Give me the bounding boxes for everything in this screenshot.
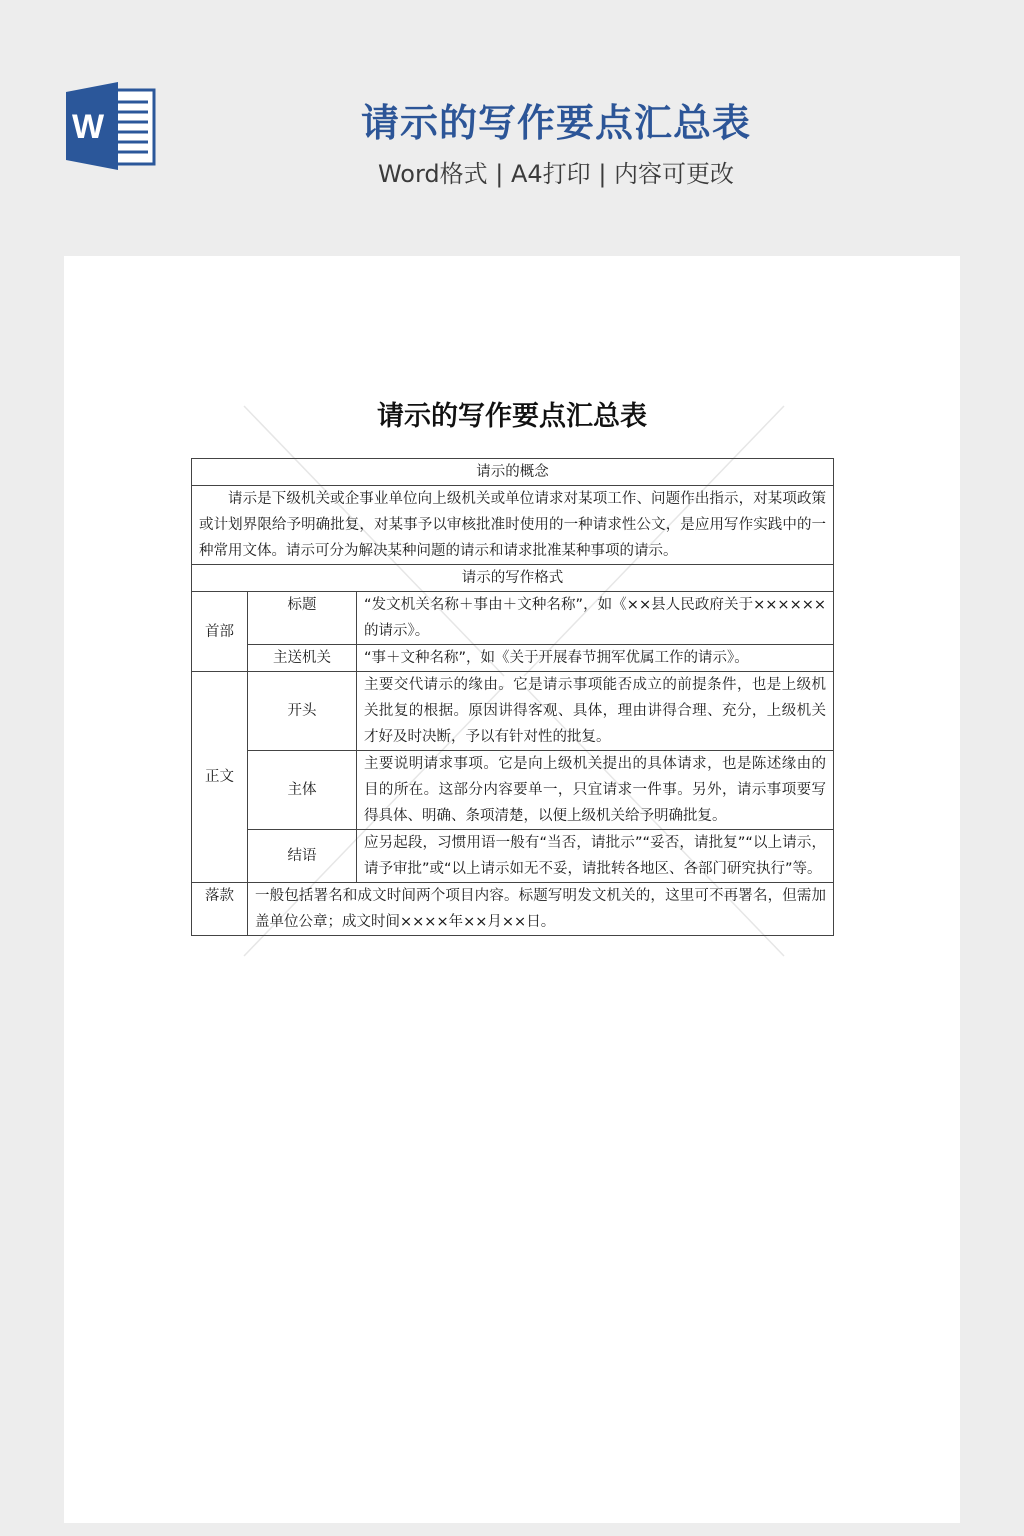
table-row: 主体 主要说明请求事项。它是向上级机关提出的具体请求，也是陈述缘由的目的所在。这… — [192, 751, 834, 830]
item-text: “事＋文种名称”，如《关于开展春节拥军优属工作的请示》。 — [357, 645, 834, 672]
table-row: 主送机关 “事＋文种名称”，如《关于开展春节拥军优属工作的请示》。 — [192, 645, 834, 672]
table-row: 首部 标题 “发文机关名称＋事由＋文种名称”，如《××县人民政府关于××××××… — [192, 592, 834, 645]
item-label: 开头 — [248, 672, 357, 751]
format-header: 请示的写作格式 — [192, 565, 834, 592]
item-text: “发文机关名称＋事由＋文种名称”，如《××县人民政府关于××××××的请示》。 — [357, 592, 834, 645]
table-row: 请示是下级机关或企事业单位向上级机关或单位请求对某项工作、问题作出指示，对某项政… — [192, 486, 834, 565]
table-row: 落款 一般包括署名和成文时间两个项目内容。标题写明发文机关的，这里可不再署名，但… — [192, 883, 834, 936]
svg-text:W: W — [72, 108, 105, 146]
document-page: 请示的写作要点汇总表 请示的概念 请示是下级机关或企事业单位向上级机关或单位请求… — [64, 256, 960, 1523]
item-label: 主送机关 — [248, 645, 357, 672]
document-title: 请示的写作要点汇总表 — [64, 394, 960, 433]
banner-subtitle: Word格式 | A4打印 | 内容可更改 — [300, 154, 812, 189]
item-label: 主体 — [248, 751, 357, 830]
table-row: 请示的写作格式 — [192, 565, 834, 592]
section-name: 落款 — [192, 883, 248, 936]
item-text: 应另起段，习惯用语一般有“当否，请批示”“妥否，请批复”“以上请示，请予审批”或… — [357, 830, 834, 883]
word-icon: W — [64, 82, 156, 170]
banner-title: 请示的写作要点汇总表 — [300, 92, 812, 147]
item-label: 标题 — [248, 592, 357, 645]
table-row: 正文 开头 主要交代请示的缘由。它是请示事项能否成立的前提条件，也是上级机关批复… — [192, 672, 834, 751]
section-name: 正文 — [192, 672, 248, 883]
item-label: 结语 — [248, 830, 357, 883]
section-name: 首部 — [192, 592, 248, 672]
table-row: 结语 应另起段，习惯用语一般有“当否，请批示”“妥否，请批复”“以上请示，请予审… — [192, 830, 834, 883]
summary-table: 请示的概念 请示是下级机关或企事业单位向上级机关或单位请求对某项工作、问题作出指… — [191, 458, 834, 936]
table-row: 请示的概念 — [192, 459, 834, 486]
concept-text: 请示是下级机关或企事业单位向上级机关或单位请求对某项工作、问题作出指示，对某项政… — [192, 486, 834, 565]
item-text: 主要交代请示的缘由。它是请示事项能否成立的前提条件，也是上级机关批复的根据。原因… — [357, 672, 834, 751]
item-text: 一般包括署名和成文时间两个项目内容。标题写明发文机关的，这里可不再署名，但需加盖… — [248, 883, 834, 936]
concept-header: 请示的概念 — [192, 459, 834, 486]
item-text: 主要说明请求事项。它是向上级机关提出的具体请求，也是陈述缘由的目的所在。这部分内… — [357, 751, 834, 830]
